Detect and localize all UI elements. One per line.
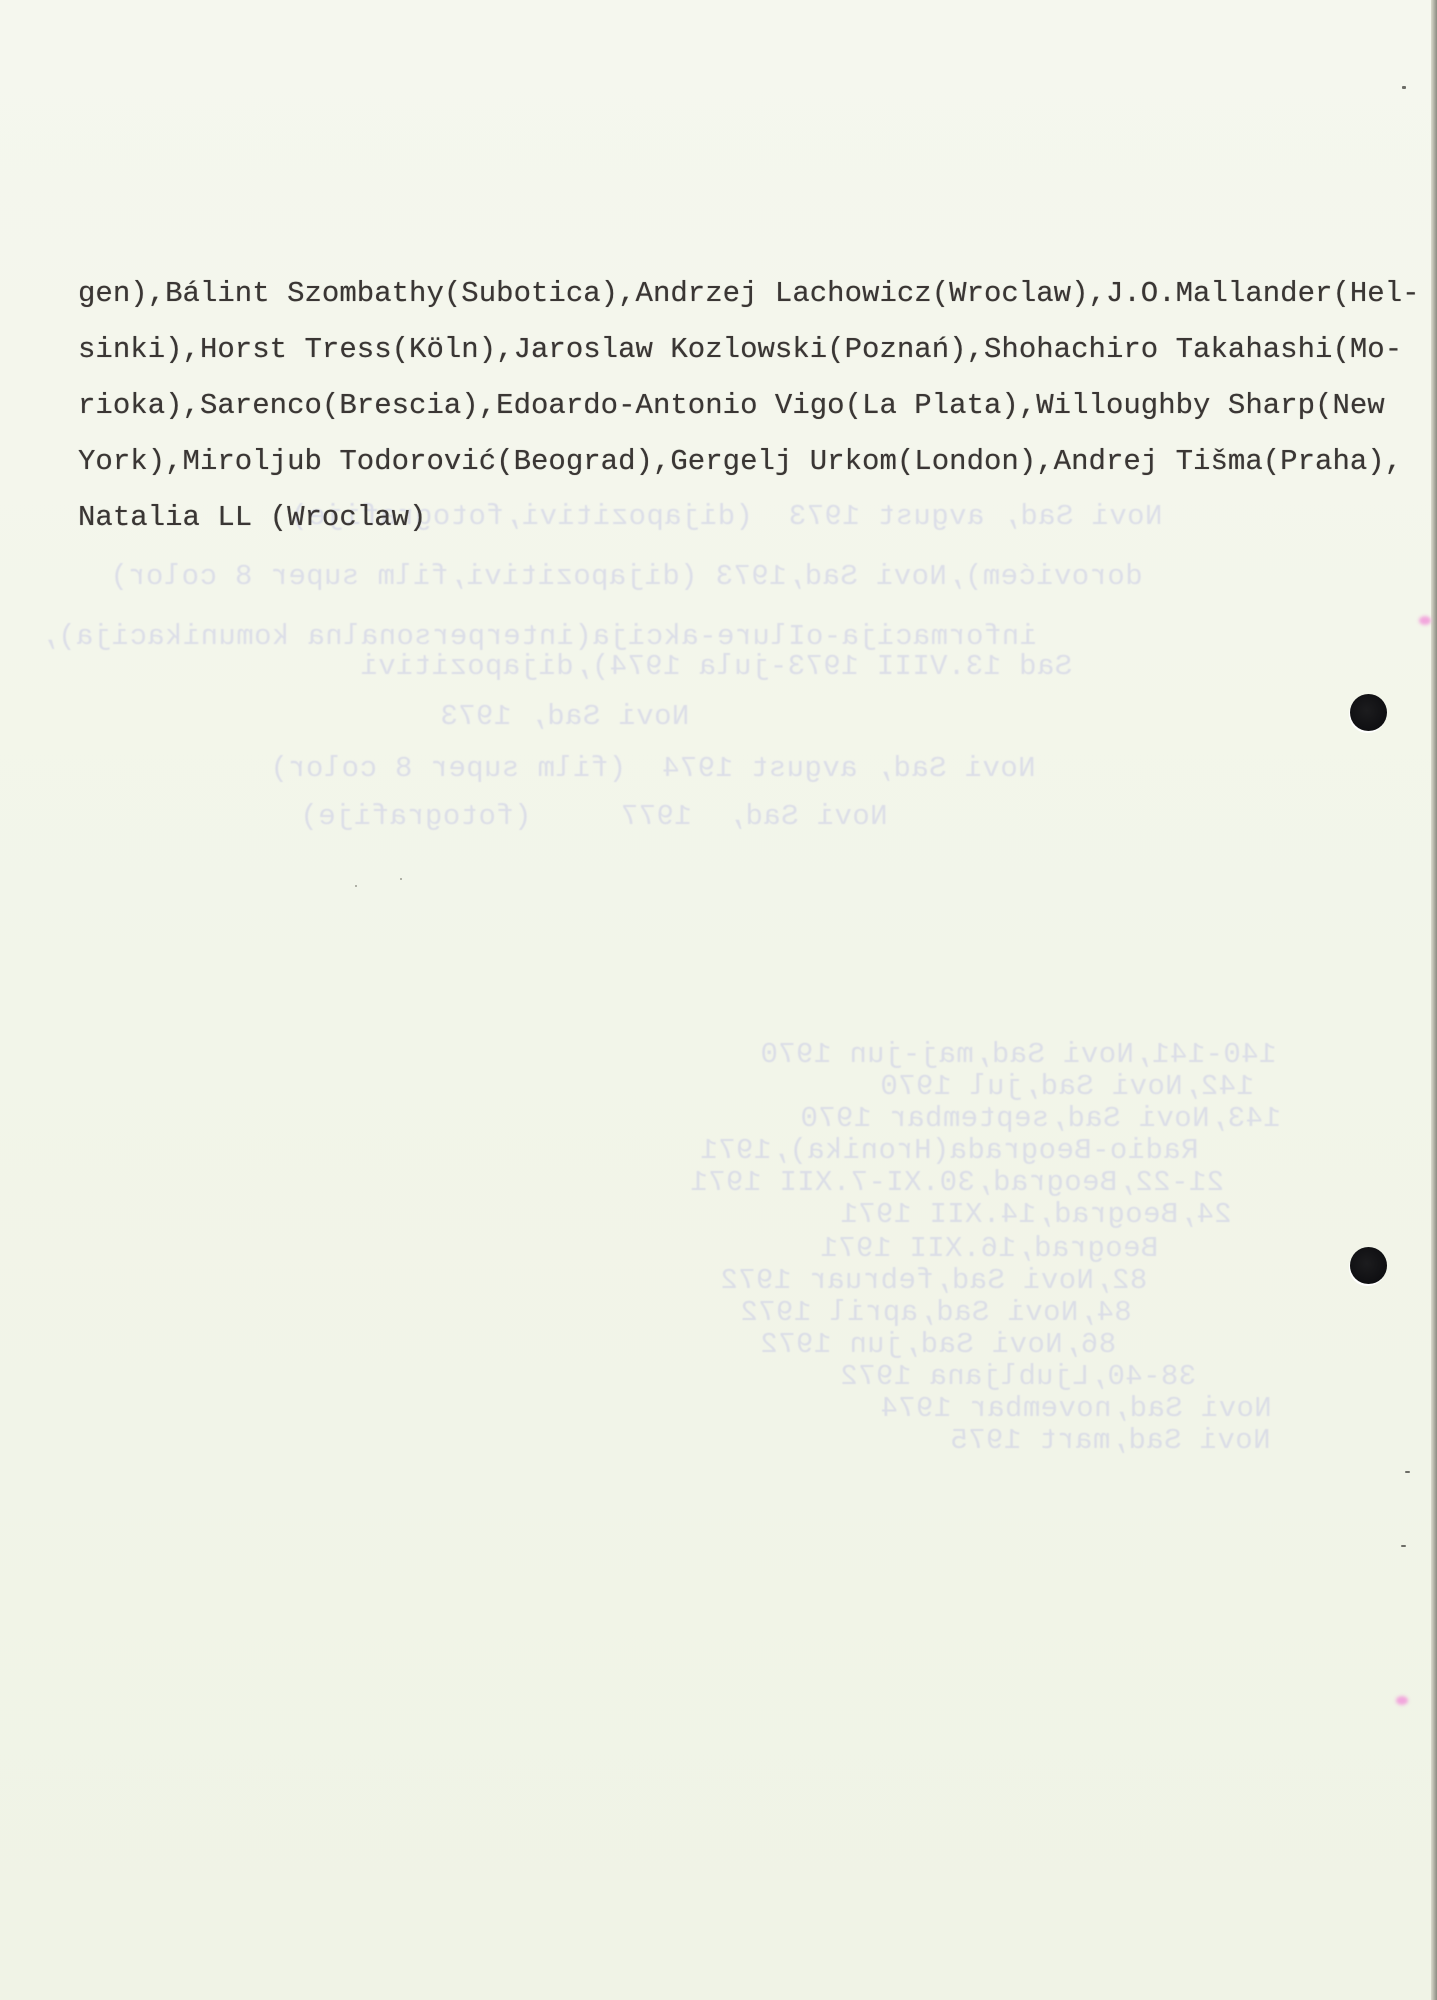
ghost-line: Novi Sad, 1977 (fotografije)	[300, 800, 888, 833]
paper-speck	[1405, 1471, 1410, 1473]
pink-mark	[1396, 1696, 1408, 1705]
paper-speck	[1401, 1545, 1406, 1547]
ghost-line: 86,Novi Sad,jun 1972	[760, 1328, 1116, 1361]
pink-mark	[1419, 616, 1431, 625]
ghost-line: Radio-Beograda(Hronika),1971	[700, 1134, 1198, 1167]
punch-hole	[1350, 1247, 1387, 1284]
typewritten-paragraph: gen),Bálint Szombathy(Subotica),Andrzej …	[78, 266, 1420, 546]
ghost-line: Novi Sad,novembar 1974	[880, 1392, 1272, 1425]
ghost-line: Sad 13.VIII 1973-jula 1974),dijapozitivi	[360, 650, 1072, 683]
text-line: Natalia LL (Wroclaw)	[78, 490, 1420, 546]
text-line: gen),Bálint Szombathy(Subotica),Andrzej …	[78, 266, 1420, 322]
paper-edge	[1431, 0, 1437, 2000]
ghost-line: 142,Novi Sad,jul 1970	[880, 1070, 1254, 1103]
ghost-line: 24,Beograd,14.XII 1971	[840, 1198, 1232, 1231]
ghost-line: Beograd,16.XII 1971	[820, 1232, 1158, 1265]
paper-speck	[355, 885, 357, 887]
ghost-line: Novi Sad, avgust 1974 (film super 8 colo…	[270, 752, 1036, 785]
text-line: sinki),Horst Tress(Köln),Jaroslaw Kozlow…	[78, 322, 1420, 378]
ghost-line: 84,Novi Sad,april 1972	[740, 1296, 1132, 1329]
ghost-line: 38-40,Ljubljana 1972	[840, 1360, 1196, 1393]
text-line: rioka),Sarenco(Brescia),Edoardo-Antonio …	[78, 378, 1420, 434]
ghost-line: informacija-oIlure-akcija(interpersonaln…	[40, 620, 1037, 653]
ghost-line: dorovićem),Novi Sad,1973 (dijapozitivi,f…	[110, 560, 1143, 593]
ghost-line: Novi Sad,mart 1975	[950, 1424, 1270, 1457]
ghost-line: 82,Novi Sad,februar 1972	[720, 1264, 1147, 1297]
ghost-line: 143,Novi Sad,septembar 1970	[800, 1102, 1281, 1135]
ghost-line: 140-141,Novi Sad,maj-jun 1970	[760, 1038, 1276, 1071]
paper-speck	[400, 878, 402, 880]
ghost-line: 21-22,Beograd,30.XI-7.XII 1971	[690, 1166, 1224, 1199]
text-line: York),Miroljub Todorović(Beograd),Gergel…	[78, 434, 1420, 490]
paper-speck	[1402, 86, 1406, 89]
ghost-line: Novi Sad, 1973	[440, 700, 689, 733]
punch-hole	[1350, 694, 1387, 731]
